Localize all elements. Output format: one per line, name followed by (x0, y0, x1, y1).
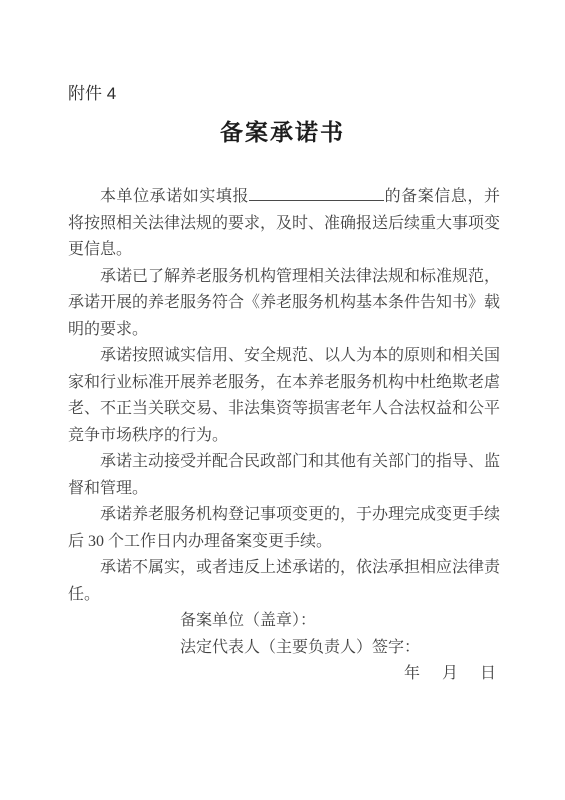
paragraph-legal-liability: 承诺不属实，或者违反上述承诺的，依法承担相应法律责任。 (68, 555, 500, 608)
paragraph-supervision: 承诺主动接受并配合民政部门和其他有关部门的指导、监督和管理。 (68, 449, 500, 502)
legal-representative-signature-line: 法定代表人（主要负责人）签字： (180, 635, 500, 662)
paragraph-regulations: 承诺已了解养老服务机构管理相关法律法规和标准规范，承诺开展的养老服务符合《养老服… (68, 264, 500, 344)
paragraph-principles: 承诺按照诚实信用、安全规范、以人为本的原则和相关国家和行业标准开展养老服务，在本… (68, 343, 500, 449)
document-title: 备案承诺书 (0, 116, 565, 148)
paragraph-filing-info: 本单位承诺如实填报的备案信息，并将按照相关法律法规的要求，及时、准确报送后续重大… (68, 184, 500, 264)
month-label: 月 (442, 661, 458, 688)
document-body: 本单位承诺如实填报的备案信息，并将按照相关法律法规的要求，及时、准确报送后续重大… (68, 184, 500, 688)
paragraph-change-registration: 承诺养老服务机构登记事项变更的，于办理完成变更手续后 30 个工作日内办理备案变… (68, 502, 500, 555)
signoff-block: 备案单位（盖章）： 法定代表人（主要负责人）签字： (68, 608, 500, 661)
day-label: 日 (480, 661, 496, 688)
filing-unit-seal-line: 备案单位（盖章）： (180, 608, 500, 635)
paragraph-1-before: 本单位承诺如实填报 (100, 188, 249, 205)
document-page: 附件 4 备案承诺书 本单位承诺如实填报的备案信息，并将按照相关法律法规的要求，… (0, 0, 565, 800)
date-line: 年 月 日 (68, 661, 500, 688)
attachment-label: 附件 4 (68, 84, 116, 104)
year-label: 年 (404, 661, 420, 688)
fill-in-blank-underline (249, 187, 384, 201)
